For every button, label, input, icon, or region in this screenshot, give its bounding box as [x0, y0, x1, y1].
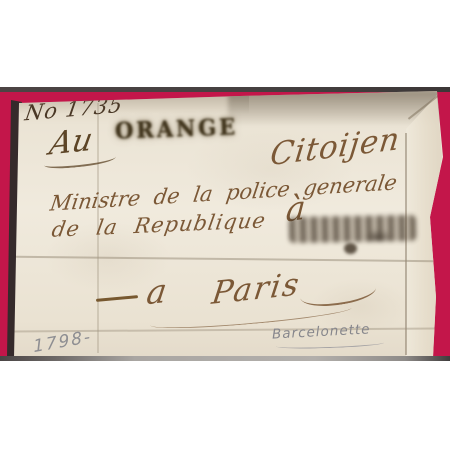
bottom-margin	[0, 361, 450, 450]
folded-letter: No 1735 ORANGE Au Citoijen Ministre de l…	[0, 87, 450, 361]
orange-postmark-stamp: ORANGE	[115, 113, 239, 144]
fold-crease	[16, 256, 436, 262]
paris-tail-flourish	[298, 275, 377, 312]
pencil-year-annotation: 1798-	[33, 327, 93, 357]
paper-top-shade-right	[228, 90, 440, 126]
address-line-ministre: Ministre de la police generale	[49, 170, 399, 215]
ink-smudge-blob	[344, 243, 357, 254]
top-margin	[0, 0, 450, 87]
interline-letter-a: à	[285, 187, 307, 230]
destination-prefix-a: a	[144, 271, 169, 313]
fold-edge-line	[405, 133, 407, 355]
destination-dash-stroke	[96, 295, 138, 302]
photo-area: No 1735 ORANGE Au Citoijen Ministre de l…	[0, 87, 450, 361]
photo-top-bar	[0, 87, 450, 92]
destination-city-paris: Paris	[210, 266, 303, 312]
fold-diagonal-line	[408, 92, 442, 119]
addressee-citoyen: Citoijen	[268, 121, 402, 174]
manuscript-number: No 1735	[23, 93, 125, 126]
right-fold-flap	[406, 95, 442, 358]
smudged-postmark	[289, 215, 416, 243]
salutation-au: Au	[47, 121, 96, 162]
